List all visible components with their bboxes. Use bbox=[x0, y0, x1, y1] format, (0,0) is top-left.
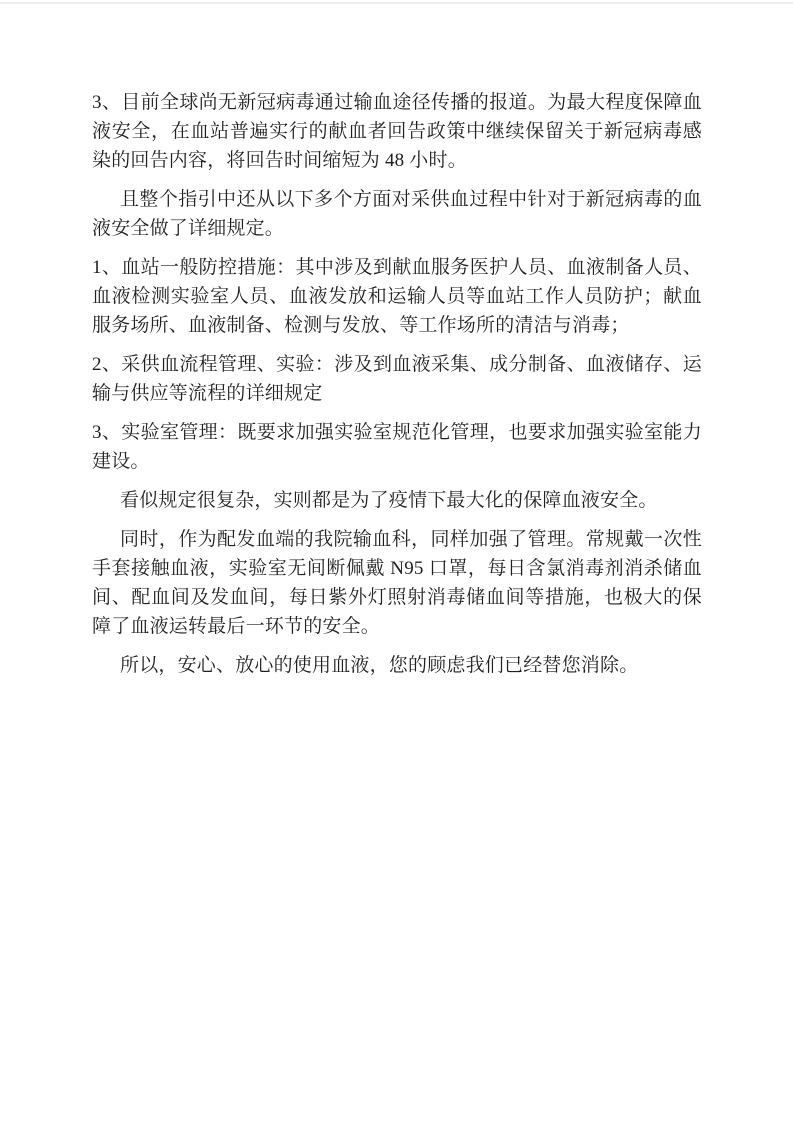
paragraph-7: 同时，作为配发血端的我院输血科，同样加强了管理。常规戴一次性手套接触血液，实验室… bbox=[92, 525, 702, 641]
paragraph-6: 看似规定很复杂，实则都是为了疫情下最大化的保障血液安全。 bbox=[92, 486, 702, 515]
paragraph-5: 3、实验室管理：既要求加强实验室规范化管理，也要求加强实验室能力建设。 bbox=[92, 418, 702, 476]
document-page: 3、目前全球尚无新冠病毒通过输血途径传播的报道。为最大程度保障血液安全，在血站普… bbox=[92, 88, 702, 690]
paragraph-4: 2、采供血流程管理、实验：涉及到血液采集、成分制备、血液储存、运输与供应等流程的… bbox=[92, 350, 702, 408]
paragraph-8: 所以，安心、放心的使用血液，您的顾虑我们已经替您消除。 bbox=[92, 651, 702, 680]
paragraph-1: 3、目前全球尚无新冠病毒通过输血途径传播的报道。为最大程度保障血液安全，在血站普… bbox=[92, 88, 702, 175]
paragraph-3: 1、血站一般防控措施：其中涉及到献血服务医护人员、血液制备人员、血液检测实验室人… bbox=[92, 253, 702, 340]
page-top-edge-line bbox=[0, 2, 793, 4]
paragraph-2: 且整个指引中还从以下多个方面对采供血过程中针对于新冠病毒的血液安全做了详细规定。 bbox=[92, 185, 702, 243]
